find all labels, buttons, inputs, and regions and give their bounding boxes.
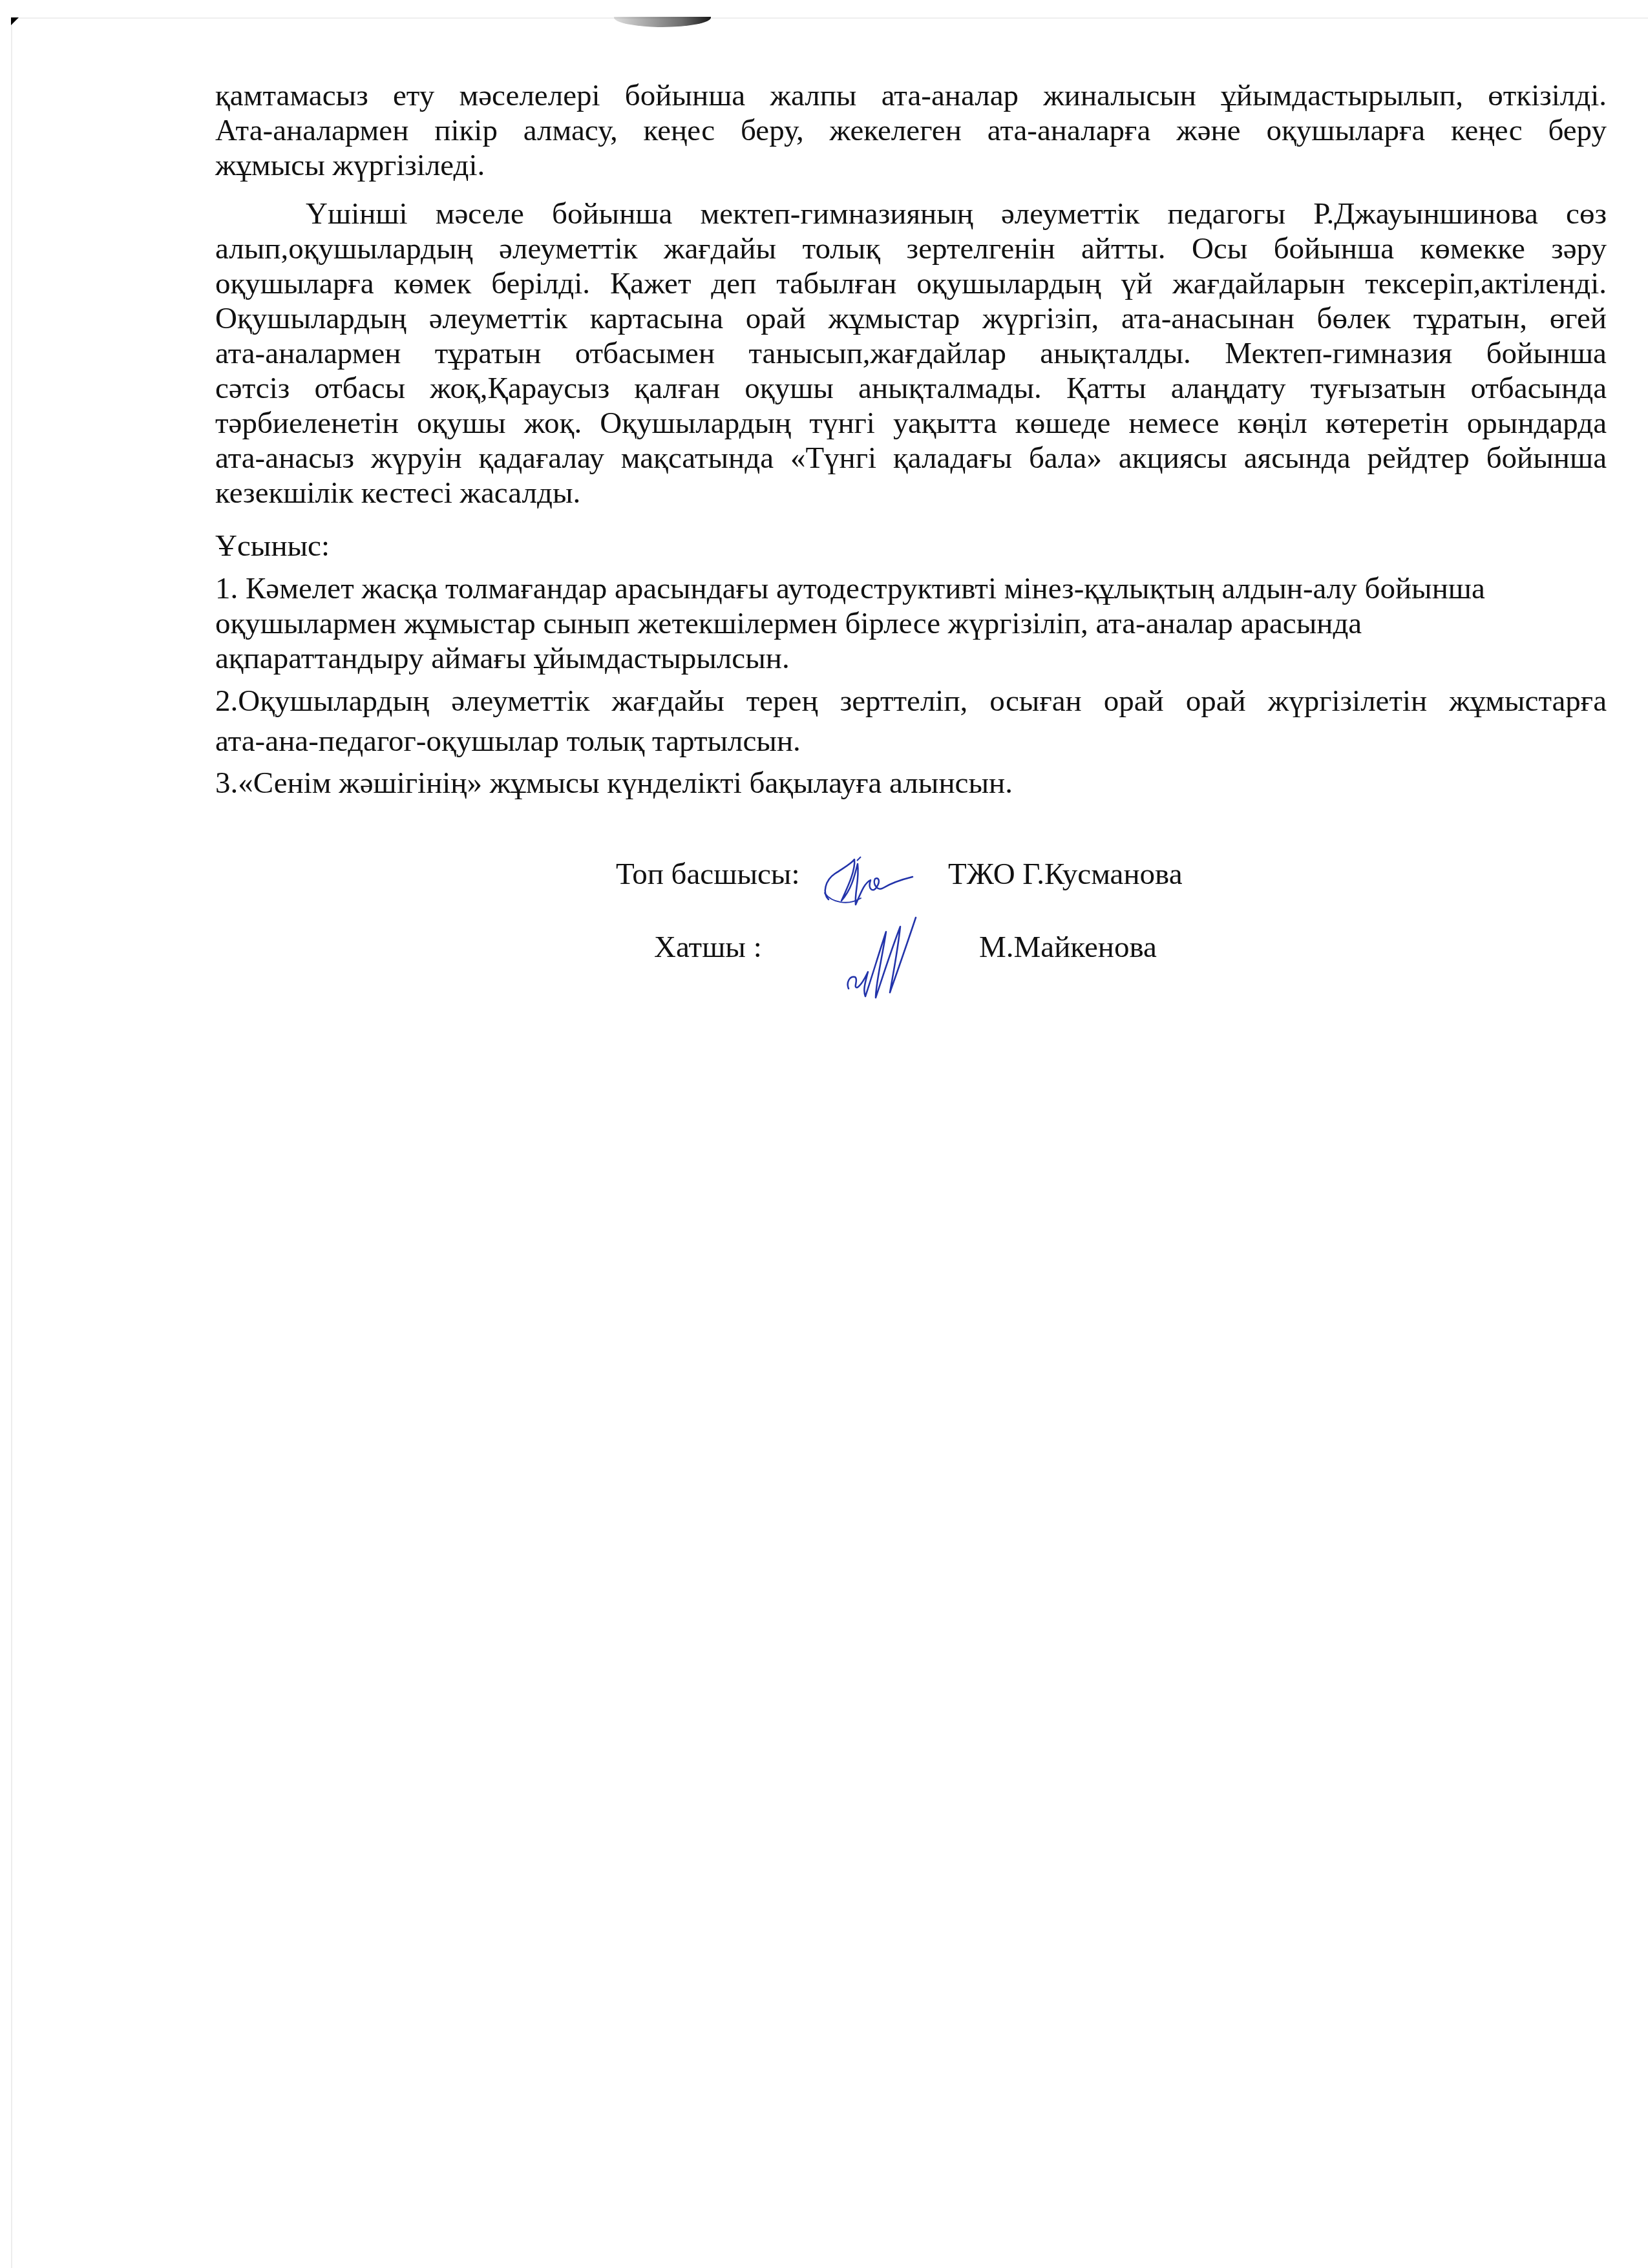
text-line: ата-анасыз жүруін қадағалау мақсатында «… [215,441,1607,476]
proposals-heading: Ұсыныс: [215,529,330,563]
head-title-label: Топ басшысы: [616,857,799,892]
text-line: Үшінші мәселе бойынша мектеп-гимназияның… [215,196,1607,231]
scanned-page: қамтамасыз ету мәселелері бойынша жалпы … [0,0,1648,2268]
text-line: жұмысы жүргізіледі. [215,148,485,183]
text-line: Ата-аналармен пікір алмасу, кеңес беру, … [215,113,1607,148]
text-line: 2.Оқушылардың әлеуметтік жағдайы терең з… [215,684,1607,719]
text-line: кезекшілік кестесі жасалды. [215,476,580,510]
text-line: 1. Кәмелет жасқа толмағандар арасындағы … [215,571,1607,606]
text-line: тәрбиеленетін оқушы жоқ. Оқушылардың түн… [215,406,1607,441]
text-line: ақпараттандыру аймағы ұйымдастырылсын. [215,641,790,676]
text-line: ата-ана-педагог-оқушылар толық тартылсын… [215,724,801,759]
signature-head-icon [816,854,919,912]
text-line: қамтамасыз ету мәселелері бойынша жалпы … [215,78,1607,113]
text-line: Оқушылардың әлеуметтік картасына орай жұ… [215,301,1607,336]
text-line: сәтсіз отбасы жоқ,Қараусыз қалған оқушы … [215,371,1607,406]
scan-corner-mark [11,17,19,25]
text-line: оқушылармен жұмыстар сынып жетекшілермен… [215,606,1362,641]
text-line: оқушыларға көмек берілді. Қажет деп табы… [215,266,1607,301]
scan-border-left [11,17,12,2268]
secretary-title-label: Хатшы : [654,930,762,965]
text-line: алып,оқушылардың әлеуметтік жағдайы толы… [215,231,1607,266]
text-line: ата-аналармен тұратын отбасымен танысып,… [215,336,1607,371]
scan-smudge [614,17,711,27]
scan-border-top [11,17,1648,19]
secretary-name: М.Майкенова [979,930,1157,965]
head-name: ТЖО Г.Кусманова [948,857,1183,892]
text-line: 3.«Сенім жәшігінің» жұмысы күнделікті ба… [215,766,1013,801]
signature-secretary-icon [843,912,927,1003]
